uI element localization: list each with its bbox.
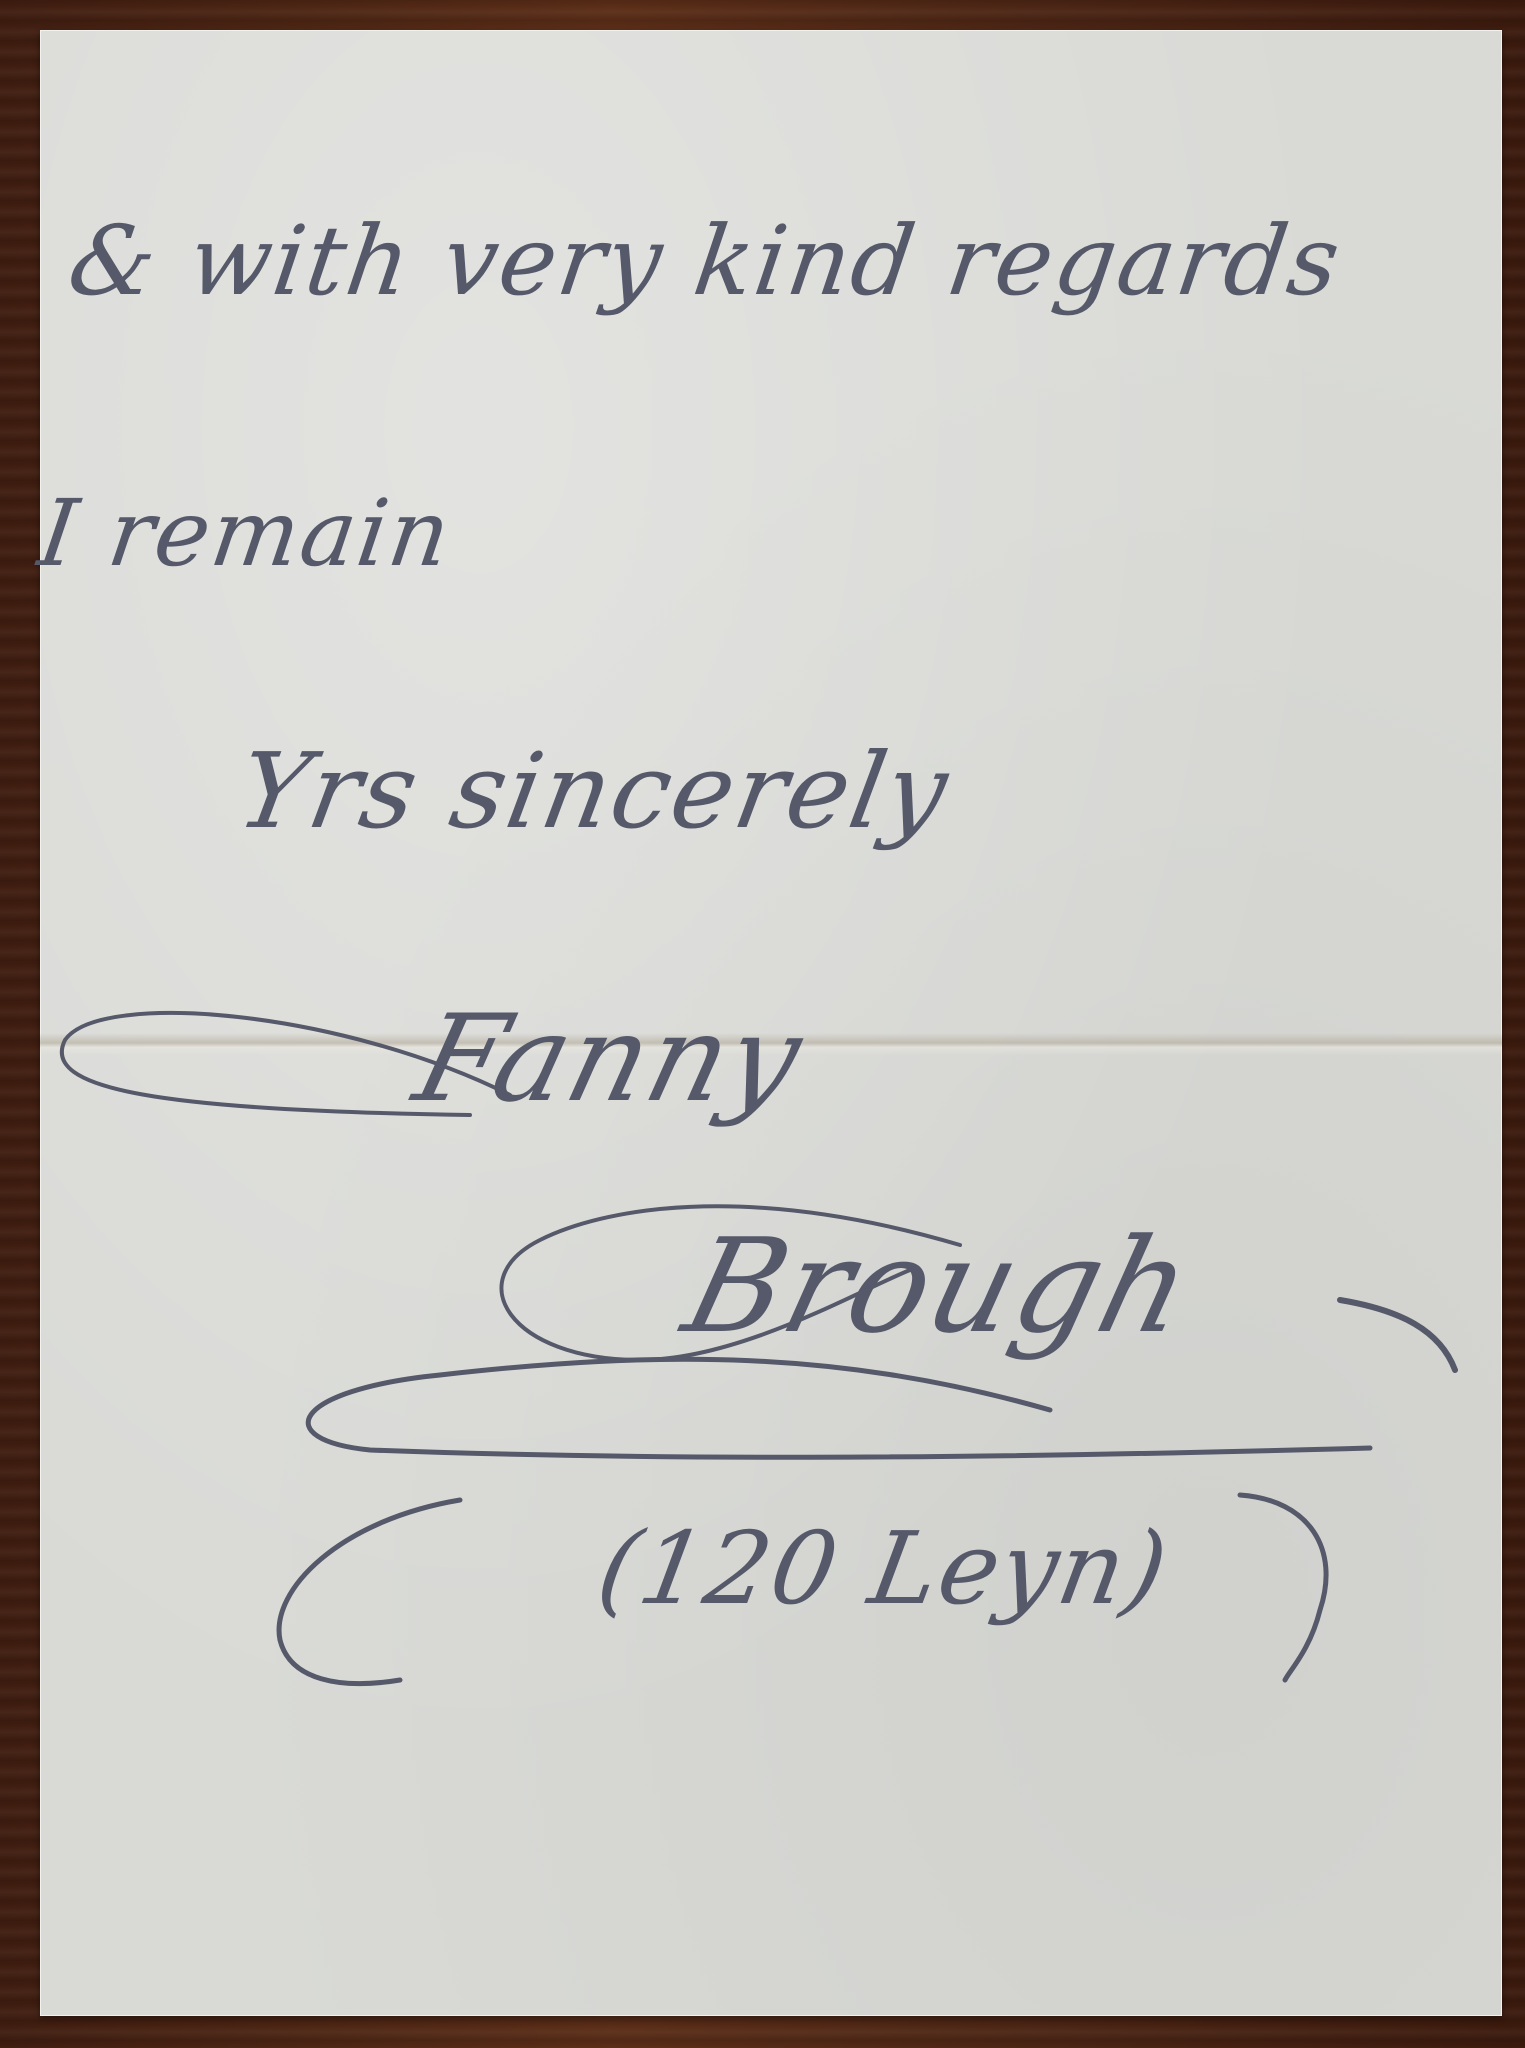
closing-line: & with very kind regards — [62, 205, 1348, 317]
underline-flourish — [308, 1359, 1370, 1457]
left-bracket — [279, 1500, 460, 1684]
valediction-line: Yrs sincerely — [229, 730, 958, 852]
letter-paper: & with very kind regards I remain Yrs si… — [40, 30, 1502, 2016]
signature-surname: Brough — [671, 1210, 1208, 1362]
surname-tail-flourish — [1340, 1300, 1455, 1370]
signature-first-name: Fanny — [403, 990, 817, 1129]
right-bracket — [1240, 1495, 1326, 1680]
address-note: (120 Leyn) — [590, 1510, 1178, 1627]
remain-line: I remain — [32, 480, 458, 587]
